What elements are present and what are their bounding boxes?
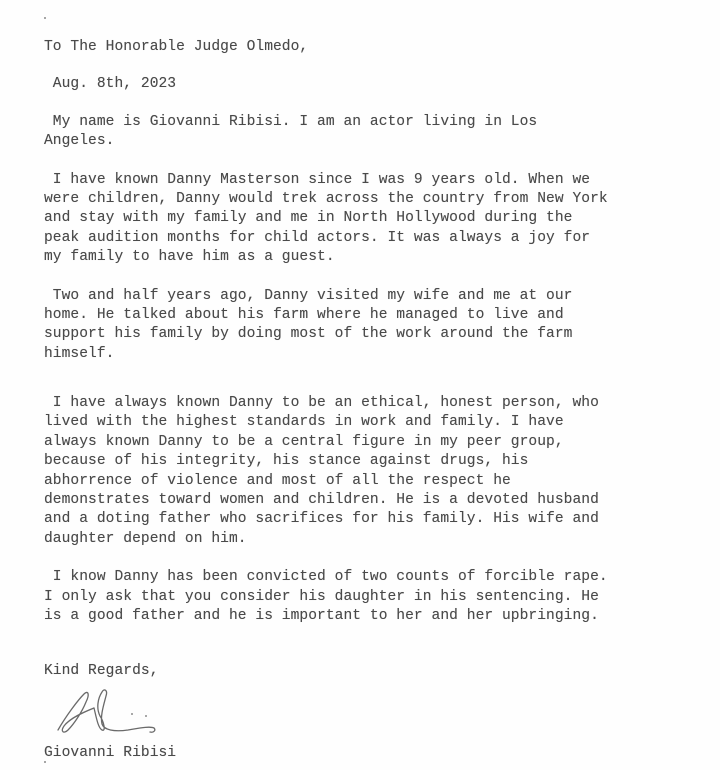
- closing: Kind Regards,: [44, 662, 704, 681]
- paragraph-line: My name is Giovanni Ribisi. I am an acto…: [44, 113, 704, 132]
- paragraph-line: is a good father and he is important to …: [44, 607, 704, 626]
- paragraph-request: I know Danny has been convicted of two c…: [44, 568, 704, 626]
- paragraph-line: because of his integrity, his stance aga…: [44, 452, 704, 471]
- paragraph-line: always known Danny to be a central figur…: [44, 433, 704, 452]
- paragraph-line: himself.: [44, 345, 704, 364]
- paragraph-visit: Two and half years ago, Danny visited my…: [44, 287, 704, 365]
- paragraph-line: abhorrence of violence and most of all t…: [44, 472, 704, 491]
- scan-speck: [44, 761, 46, 763]
- signer-name: Giovanni Ribisi: [44, 744, 704, 763]
- salutation: To The Honorable Judge Olmedo,: [44, 38, 704, 57]
- paragraph-line: lived with the highest standards in work…: [44, 413, 704, 432]
- paragraph-line: Angeles.: [44, 132, 704, 151]
- paragraph-line: support his family by doing most of the …: [44, 325, 704, 344]
- paragraph-line: Two and half years ago, Danny visited my…: [44, 287, 704, 306]
- paragraph-line: I only ask that you consider his daughte…: [44, 588, 704, 607]
- paragraph-introduction: My name is Giovanni Ribisi. I am an acto…: [44, 113, 704, 152]
- paragraph-line: I have always known Danny to be an ethic…: [44, 394, 704, 413]
- paragraph-line: daughter depend on him.: [44, 530, 704, 549]
- paragraph-line: demonstrates toward women and children. …: [44, 491, 704, 510]
- paragraph-character: I have always known Danny to be an ethic…: [44, 394, 704, 549]
- paragraph-line: were children, Danny would trek across t…: [44, 190, 704, 209]
- paragraph-line: my family to have him as a guest.: [44, 248, 704, 267]
- paragraph-line: and stay with my family and me in North …: [44, 209, 704, 228]
- paragraph-line: I know Danny has been convicted of two c…: [44, 568, 704, 587]
- handwritten-signature-icon: [44, 686, 164, 738]
- letter-body: To The Honorable Judge Olmedo, Aug. 8th,…: [44, 27, 704, 763]
- scan-speck: [44, 17, 46, 19]
- paragraph-line: home. He talked about his farm where he …: [44, 306, 704, 325]
- letter-date: Aug. 8th, 2023: [44, 75, 704, 94]
- scanned-letter-page: To The Honorable Judge Olmedo, Aug. 8th,…: [0, 0, 720, 770]
- paragraph-line: and a doting father who sacrifices for h…: [44, 510, 704, 529]
- paragraph-childhood: I have known Danny Masterson since I was…: [44, 171, 704, 268]
- paragraph-line: peak audition months for child actors. I…: [44, 229, 704, 248]
- paragraph-line: I have known Danny Masterson since I was…: [44, 171, 704, 190]
